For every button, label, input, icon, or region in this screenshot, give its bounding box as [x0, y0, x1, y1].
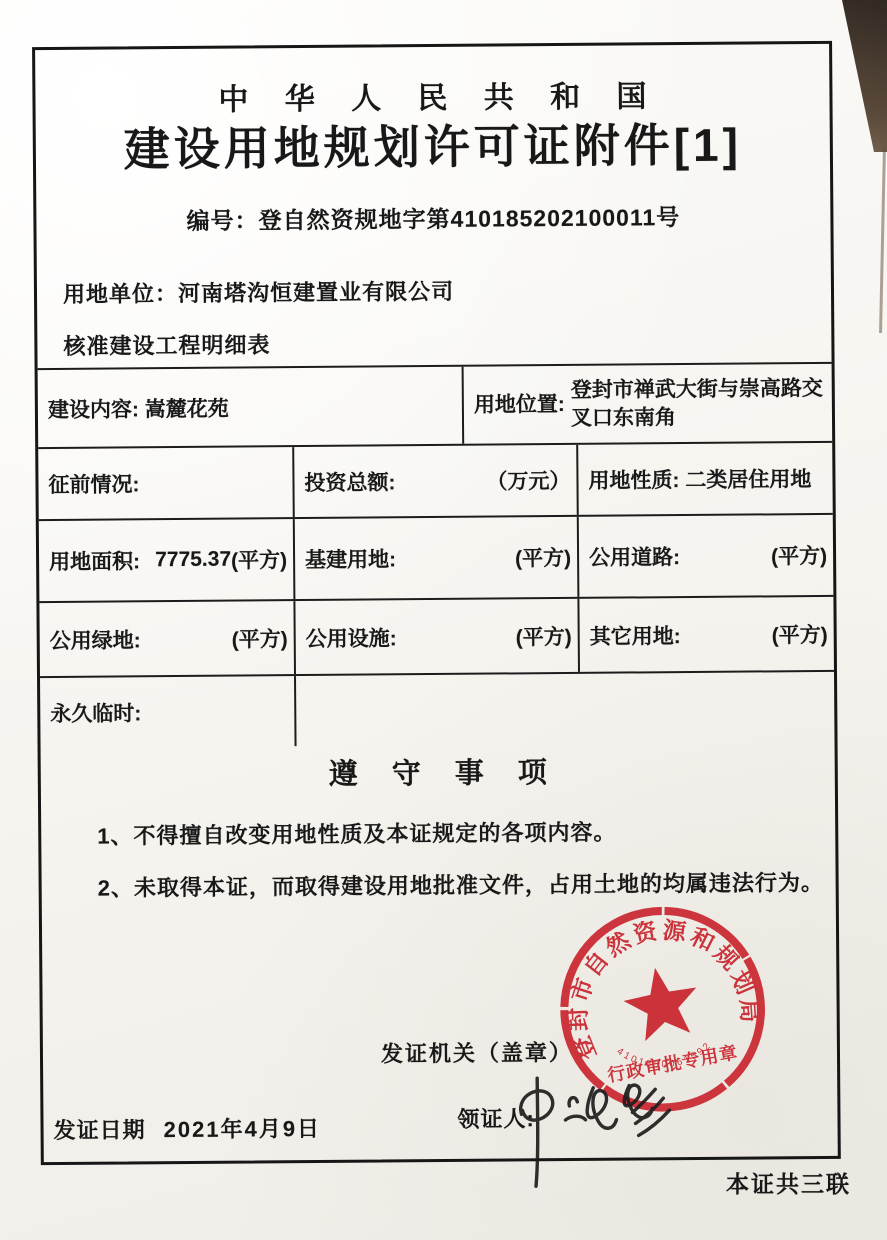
land-area-label: 用地面积: — [49, 545, 140, 576]
cell-public-facility: 公用设施:(平方) — [295, 599, 580, 674]
investment-unit: （万元） — [486, 465, 570, 496]
public-green-unit: (平方) — [232, 623, 288, 653]
investment-label: 投资总额: — [304, 466, 395, 497]
land-area-value: 7775.37 — [155, 548, 231, 573]
issue-date-label: 发证日期 — [53, 1117, 145, 1143]
approved-works-table: 建设内容: 嵩麓花苑 用地位置: 登封市禅武大街与崇高路交叉口东南角 征前情况:… — [38, 362, 835, 748]
cell-permanent-temporary: 永久临时: — [40, 676, 297, 748]
issue-date-line: 发证日期2021年4月9日 — [53, 1112, 321, 1145]
copies-note: 本证共三联 — [726, 1166, 851, 1199]
public-facility-label: 公用设施: — [306, 622, 397, 653]
land-location-label: 用地位置: — [474, 391, 565, 419]
public-road-label: 公用道路: — [589, 541, 680, 572]
cell-empty — [296, 672, 835, 746]
table-row: 征前情况: 投资总额:（万元） 用地性质: 二类居住用地 — [38, 443, 833, 521]
table-row: 永久临时: — [40, 672, 835, 748]
issuing-authority-label: 发证机关（盖章） — [381, 1036, 573, 1069]
public-facility-unit: (平方) — [516, 620, 572, 650]
land-nature-value: 二类居住用地 — [685, 463, 811, 494]
land-area-unit: (平方) — [231, 544, 287, 574]
public-green-label: 公用绿地: — [50, 624, 141, 655]
construction-content-label: 建设内容: — [48, 393, 139, 424]
scanned-document-page: { "header": { "country_title": "中 华 人 民 … — [0, 0, 887, 1240]
certificate-frame: 中 华 人 民 共 和 国 建设用地规划许可证附件[1] 编号：登自然资规地字第… — [32, 41, 841, 1165]
construction-content-value: 嵩麓花苑 — [145, 392, 229, 423]
table-row: 公用绿地:(平方) 公用设施:(平方) 其它用地:(平方) — [39, 597, 834, 678]
compliance-item-1: 1、不得擅自改变用地性质及本证规定的各项内容。 — [97, 816, 616, 851]
detail-table-title: 核准建设工程明细表 — [63, 328, 270, 361]
table-row: 建设内容: 嵩麓花苑 用地位置: 登封市禅武大街与崇高路交叉口东南角 — [38, 364, 833, 449]
cell-land-nature: 用地性质: 二类居住用地 — [578, 443, 833, 515]
permanent-temporary-label: 永久临时: — [50, 697, 141, 728]
other-land-label: 其它用地: — [590, 620, 681, 651]
document-title: 建设用地规划许可证附件[1] — [36, 108, 830, 180]
cell-pre-expropriation: 征前情况: — [38, 447, 295, 519]
public-road-unit: (平方) — [771, 540, 827, 570]
cell-construction-content: 建设内容: 嵩麓花苑 — [38, 367, 465, 447]
seal-star-icon — [619, 961, 704, 1044]
holder-signature — [505, 1067, 681, 1203]
other-land-unit: (平方) — [772, 618, 828, 648]
land-user-line: 用地单位：河南塔沟恒建置业有限公司 — [63, 275, 454, 309]
issue-date-value: 2021年4月9日 — [163, 1116, 321, 1142]
land-location-value: 登封市禅武大街与崇高路交叉口东南角 — [571, 375, 826, 432]
pre-expropriation-label: 征前情况: — [48, 468, 139, 499]
cell-public-green: 公用绿地:(平方) — [39, 601, 296, 676]
land-user-value: 河南塔沟恒建置业有限公司 — [178, 279, 454, 306]
cell-other-land: 其它用地:(平方) — [579, 597, 834, 672]
compliance-heading: 遵 守 事 项 — [41, 748, 835, 795]
cell-investment: 投资总额:（万元） — [294, 445, 579, 517]
scan-edge-artifact — [837, 0, 887, 152]
scan-edge-line — [879, 148, 886, 333]
cell-land-area: 用地面积:7775.37(平方) — [39, 519, 296, 601]
capital-construction-label: 基建用地: — [305, 543, 396, 574]
table-row: 用地面积:7775.37(平方) 基建用地:(平方) 公用道路:(平方) — [39, 515, 834, 603]
cell-land-location: 用地位置: 登封市禅武大街与崇高路交叉口东南角 — [464, 364, 833, 444]
cell-capital-construction: 基建用地:(平方) — [295, 517, 580, 599]
capital-construction-unit: (平方) — [515, 542, 571, 572]
land-user-label: 用地单位： — [63, 281, 178, 307]
cell-public-road: 公用道路:(平方) — [579, 515, 834, 597]
serial-number-line: 编号：登自然资规地字第410185202100011号 — [36, 198, 830, 237]
land-nature-label: 用地性质: — [588, 464, 679, 495]
